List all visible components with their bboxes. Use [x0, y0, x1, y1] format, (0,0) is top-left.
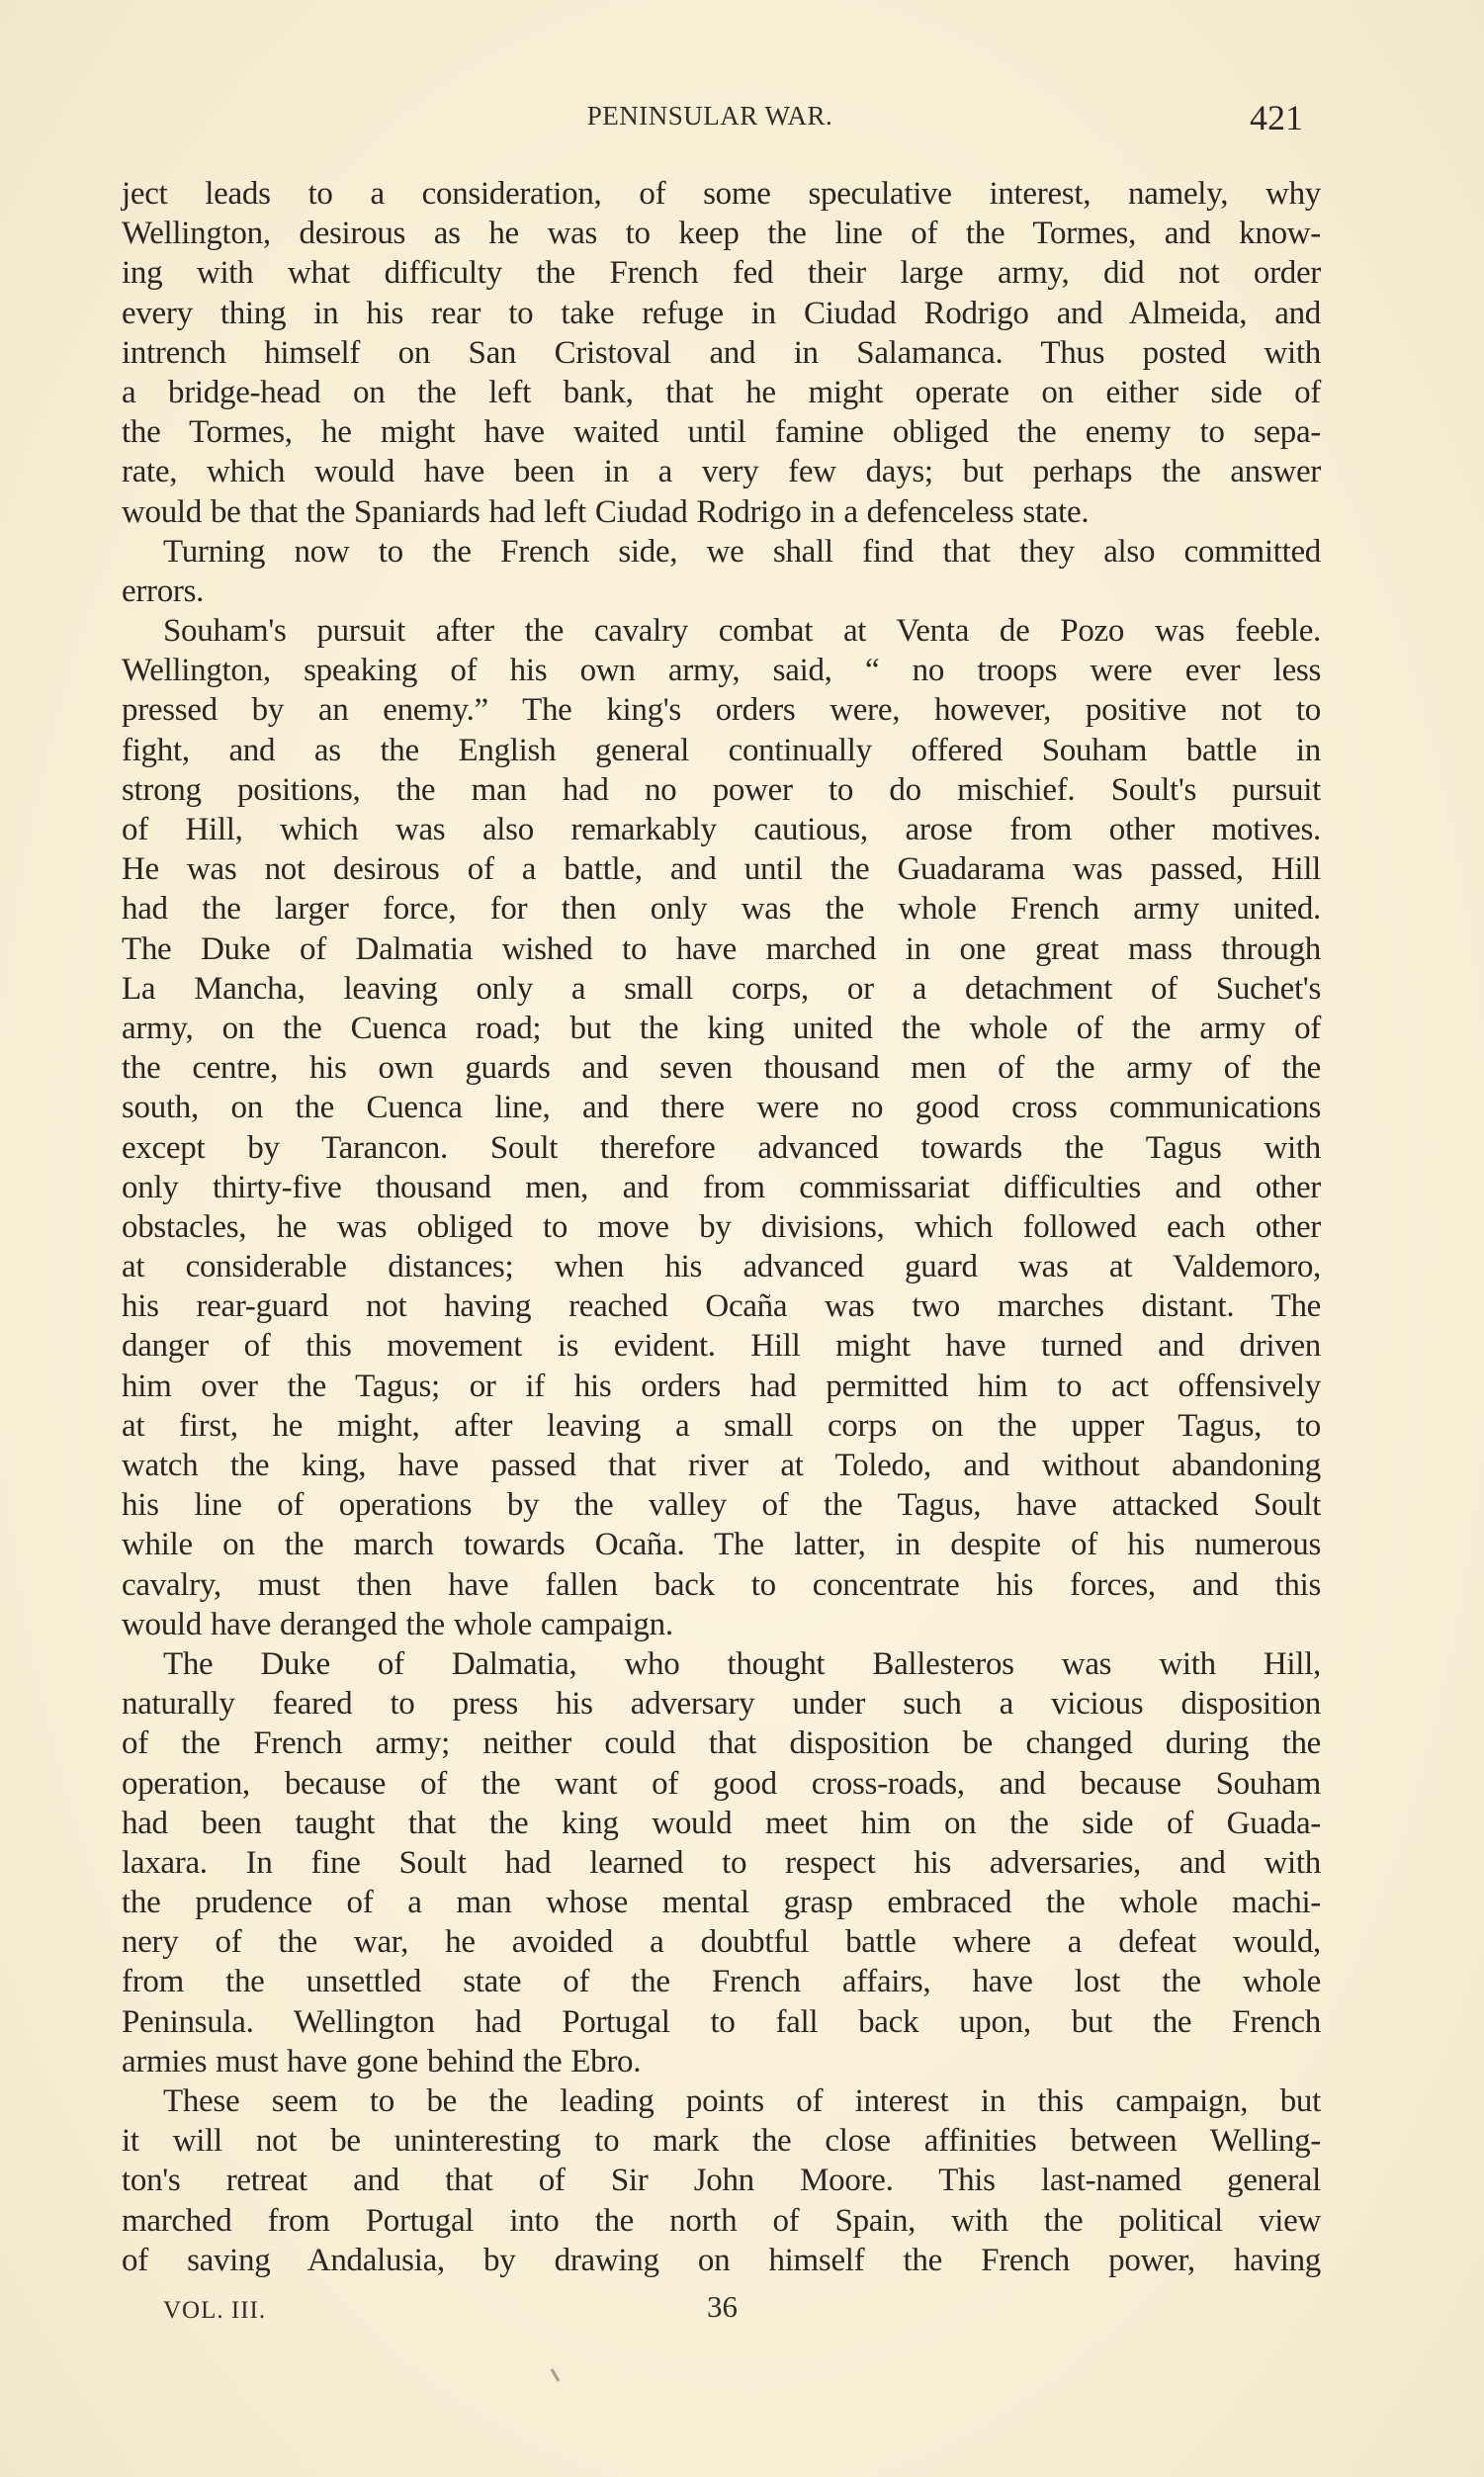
text-line: Wellington, desirous as he was to keep t…: [122, 214, 1321, 253]
text-line: Turning now to the French side, we shall…: [122, 532, 1321, 572]
paper-blemish: [551, 2368, 561, 2382]
text-line: every thing in his rear to take refuge i…: [122, 294, 1321, 333]
text-line: would have deranged the whole campaign.: [122, 1605, 1321, 1644]
text-line: obstacles, he was obliged to move by div…: [122, 1207, 1321, 1247]
text-line: had been taught that the king would meet…: [122, 1804, 1321, 1843]
text-line: only thirty-five thousand men, and from …: [122, 1168, 1321, 1207]
text-line: laxara. In fine Soult had learned to res…: [122, 1843, 1321, 1883]
text-line: La Mancha, leaving only a small corps, o…: [122, 969, 1321, 1009]
text-line: the centre, his own guards and seven tho…: [122, 1048, 1321, 1088]
text-line: south, on the Cuenca line, and there wer…: [122, 1088, 1321, 1127]
text-line: at considerable distances; when his adva…: [122, 1247, 1321, 1286]
text-line: it will not be uninteresting to mark the…: [122, 2121, 1321, 2161]
text-line: of the French army; neither could that d…: [122, 1724, 1321, 1763]
text-line: army, on the Cuenca road; but the king u…: [122, 1009, 1321, 1048]
book-page: PENINSULAR WAR. 421 ject leads to a cons…: [0, 0, 1484, 2477]
text-line: his line of operations by the valley of …: [122, 1485, 1321, 1525]
text-line: intrench himself on San Cristoval and in…: [122, 333, 1321, 373]
text-line: These seem to be the leading points of i…: [122, 2081, 1321, 2121]
text-line: at first, he might, after leaving a smal…: [122, 1406, 1321, 1446]
text-line: cavalry, must then have fallen back to c…: [122, 1565, 1321, 1605]
page-footer: VOL. III. 36: [163, 2289, 756, 2329]
body-text: ject leads to a consideration, of some s…: [122, 174, 1321, 2280]
running-head: PENINSULAR WAR. 421: [122, 97, 1298, 136]
text-line: danger of this movement is evident. Hill…: [122, 1326, 1321, 1366]
text-line: from the unsettled state of the French a…: [122, 1962, 1321, 2001]
sheet-number: 36: [707, 2289, 738, 2325]
text-line: except by Tarancon. Soult therefore adva…: [122, 1128, 1321, 1168]
text-line: Peninsula. Wellington had Portugal to fa…: [122, 2002, 1321, 2042]
text-line: rate, which would have been in a very fe…: [122, 452, 1321, 491]
text-line: his rear-guard not having reached Ocaña …: [122, 1286, 1321, 1326]
text-line: ject leads to a consideration, of some s…: [122, 174, 1321, 214]
text-line: the Tormes, he might have waited until f…: [122, 412, 1321, 452]
text-line: armies must have gone behind the Ebro.: [122, 2042, 1321, 2081]
text-line: ing with what difficulty the French fed …: [122, 253, 1321, 293]
text-line: The Duke of Dalmatia, who thought Balles…: [122, 1644, 1321, 1684]
page-number: 421: [1250, 97, 1303, 138]
text-line: of Hill, which was also remarkably cauti…: [122, 810, 1321, 849]
text-line: strong positions, the man had no power t…: [122, 770, 1321, 810]
text-line: watch the king, have passed that river a…: [122, 1446, 1321, 1485]
text-line: He was not desirous of a battle, and unt…: [122, 849, 1321, 889]
text-line: would be that the Spaniards had left Ciu…: [122, 492, 1321, 532]
text-line: operation, because of the want of good c…: [122, 1764, 1321, 1804]
text-line: him over the Tagus; or if his orders had…: [122, 1367, 1321, 1406]
text-line: while on the march towards Ocaña. The la…: [122, 1525, 1321, 1564]
volume-signature: VOL. III.: [163, 2297, 266, 2325]
text-line: ton's retreat and that of Sir John Moore…: [122, 2161, 1321, 2200]
text-line: pressed by an enemy.” The king's orders …: [122, 690, 1321, 730]
text-line: fight, and as the English general contin…: [122, 731, 1321, 770]
text-line: a bridge-head on the left bank, that he …: [122, 373, 1321, 412]
text-line: nery of the war, he avoided a doubtful b…: [122, 1922, 1321, 1962]
text-line: naturally feared to press his adversary …: [122, 1684, 1321, 1724]
text-line: had the larger force, for then only was …: [122, 889, 1321, 929]
text-line: Souham's pursuit after the cavalry comba…: [122, 611, 1321, 651]
text-line: Wellington, speaking of his own army, sa…: [122, 651, 1321, 690]
text-line: of saving Andalusia, by drawing on himse…: [122, 2241, 1321, 2280]
text-line: the prudence of a man whose mental grasp…: [122, 1883, 1321, 1922]
text-line: errors.: [122, 572, 1321, 611]
running-title: PENINSULAR WAR.: [122, 101, 1298, 132]
text-line: The Duke of Dalmatia wished to have marc…: [122, 929, 1321, 969]
text-line: marched from Portugal into the north of …: [122, 2201, 1321, 2241]
